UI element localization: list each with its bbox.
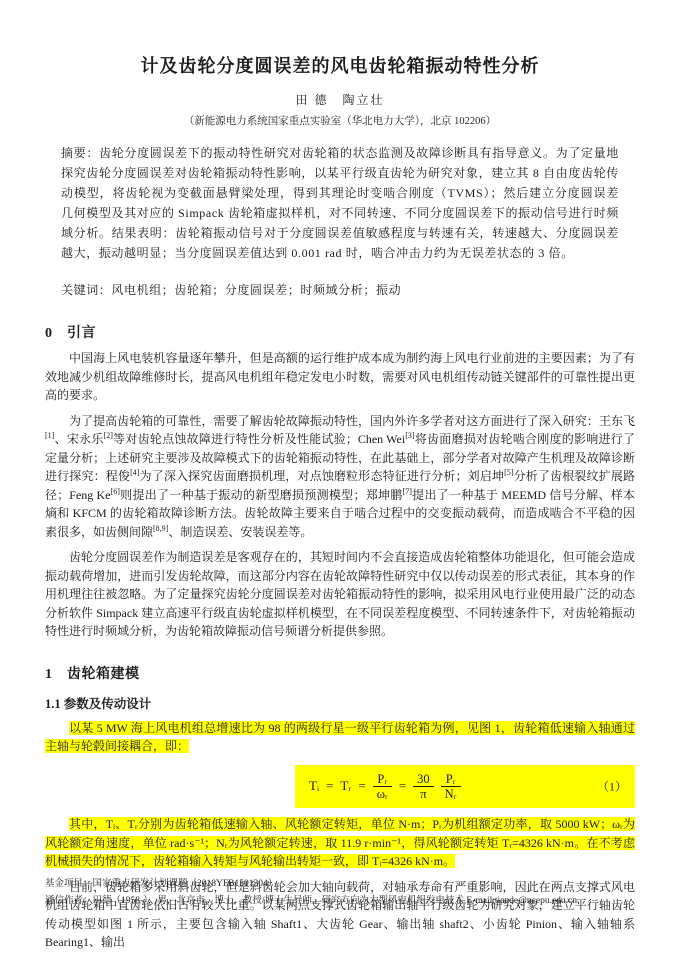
fraction-numerator: 30 [413, 772, 434, 787]
abstract-label: 摘要： [61, 146, 99, 160]
eq-operator: = [358, 778, 365, 794]
keywords-line: 关键词：风电机组；齿轮箱；分度圆误差；时频域分析；振动 [61, 280, 619, 300]
section-heading-1: 1 齿轮箱建模 [45, 663, 635, 683]
highlight-span: 以某 5 MW 海上风电机组总增速比为 98 的两级行星一级平行齿轮箱为例，见图… [45, 721, 635, 754]
footnote-fund: 基金项目：国家重点研发计划课题（2018YFB1501304） [45, 876, 635, 893]
eq-operator: = [326, 778, 333, 794]
eq-term-tr: Tᵣ [340, 778, 351, 794]
equation-1: Tᵢ = Tᵣ = Pᵣ ωᵣ = 30 π Pᵣ Nᵣ （1） [295, 765, 635, 809]
fraction-numerator: Pᵣ [373, 772, 392, 787]
abstract-block: 摘要：齿轮分度圆误差下的振动特性研究对齿轮箱的状态监测及故障诊断具有指导意义。为… [61, 143, 619, 263]
equation-1-box: Tᵢ = Tᵣ = Pᵣ ωᵣ = 30 π Pᵣ Nᵣ （1） [295, 765, 635, 809]
paper-page: 计及齿轮分度圆误差的风电齿轮箱振动特性分析 田 德 陶立壮 （新能源电力系统国家… [0, 0, 678, 960]
fraction-30-pi: 30 π [413, 772, 434, 802]
section-heading-intro: 0 引言 [45, 322, 635, 342]
fraction-denominator: ωᵣ [373, 787, 392, 801]
keywords-text: 风电机组；齿轮箱；分度圆误差；时频域分析；振动 [111, 283, 401, 297]
keywords-label: 关键词： [61, 283, 111, 297]
footnote-corresponding-author: 通信作者：田德（1958-），男，北京市，博士，教授/博士生导师，研究方向为大型… [45, 893, 635, 910]
highlight-span: 其中，Tᵢ、Tᵣ分别为齿轮箱低速输入轴、风轮额定转矩，单位 N·m；Pᵣ为机组额… [45, 817, 635, 868]
abstract-text: 齿轮分度圆误差下的振动特性研究对齿轮箱的状态监测及故障诊断具有指导意义。为了定量… [61, 146, 619, 260]
fraction-pr-wr: Pᵣ ωᵣ [373, 772, 392, 802]
affiliation-line: （新能源电力系统国家重点实验室（华北电力大学），北京 102206） [45, 113, 635, 128]
highlighted-paragraph-1: 以某 5 MW 海上风电机组总增速比为 98 的两级行星一级平行齿轮箱为例，见图… [45, 719, 635, 756]
intro-paragraph-1: 中国海上风电装机容量逐年攀升，但是高额的运行维护成本成为制约海上风电行业前进的主… [45, 349, 635, 405]
fraction-denominator: Nᵣ [441, 787, 461, 801]
fraction-pr-nr: Pᵣ Nᵣ [441, 772, 461, 802]
footnote-block: 基金项目：国家重点研发计划课题（2018YFB1501304） 通信作者：田德（… [45, 876, 635, 909]
equation-number: （1） [597, 778, 627, 795]
highlighted-paragraph-2: 其中，Tᵢ、Tᵣ分别为齿轮箱低速输入轴、风轮额定转矩，单位 N·m；Pᵣ为机组额… [45, 815, 635, 871]
subsection-heading-1-1: 1.1 参数及传动设计 [45, 694, 635, 712]
intro-paragraph-3: 齿轮分度圆误差作为制造误差是客观存在的，其短时间内不会直接造成齿轮箱整体功能退化… [45, 548, 635, 641]
fraction-numerator: Pᵣ [441, 772, 461, 787]
intro-paragraph-2: 为了提高齿轮箱的可靠性，需要了解齿轮故障振动特性，国内外许多学者对这方面进行了深… [45, 412, 635, 542]
eq-term-ti: Tᵢ [309, 778, 319, 794]
eq-operator: = [399, 778, 406, 794]
page-title: 计及齿轮分度圆误差的风电齿轮箱振动特性分析 [45, 52, 635, 78]
authors-line: 田 德 陶立壮 [45, 91, 635, 108]
fraction-denominator: π [413, 787, 434, 801]
